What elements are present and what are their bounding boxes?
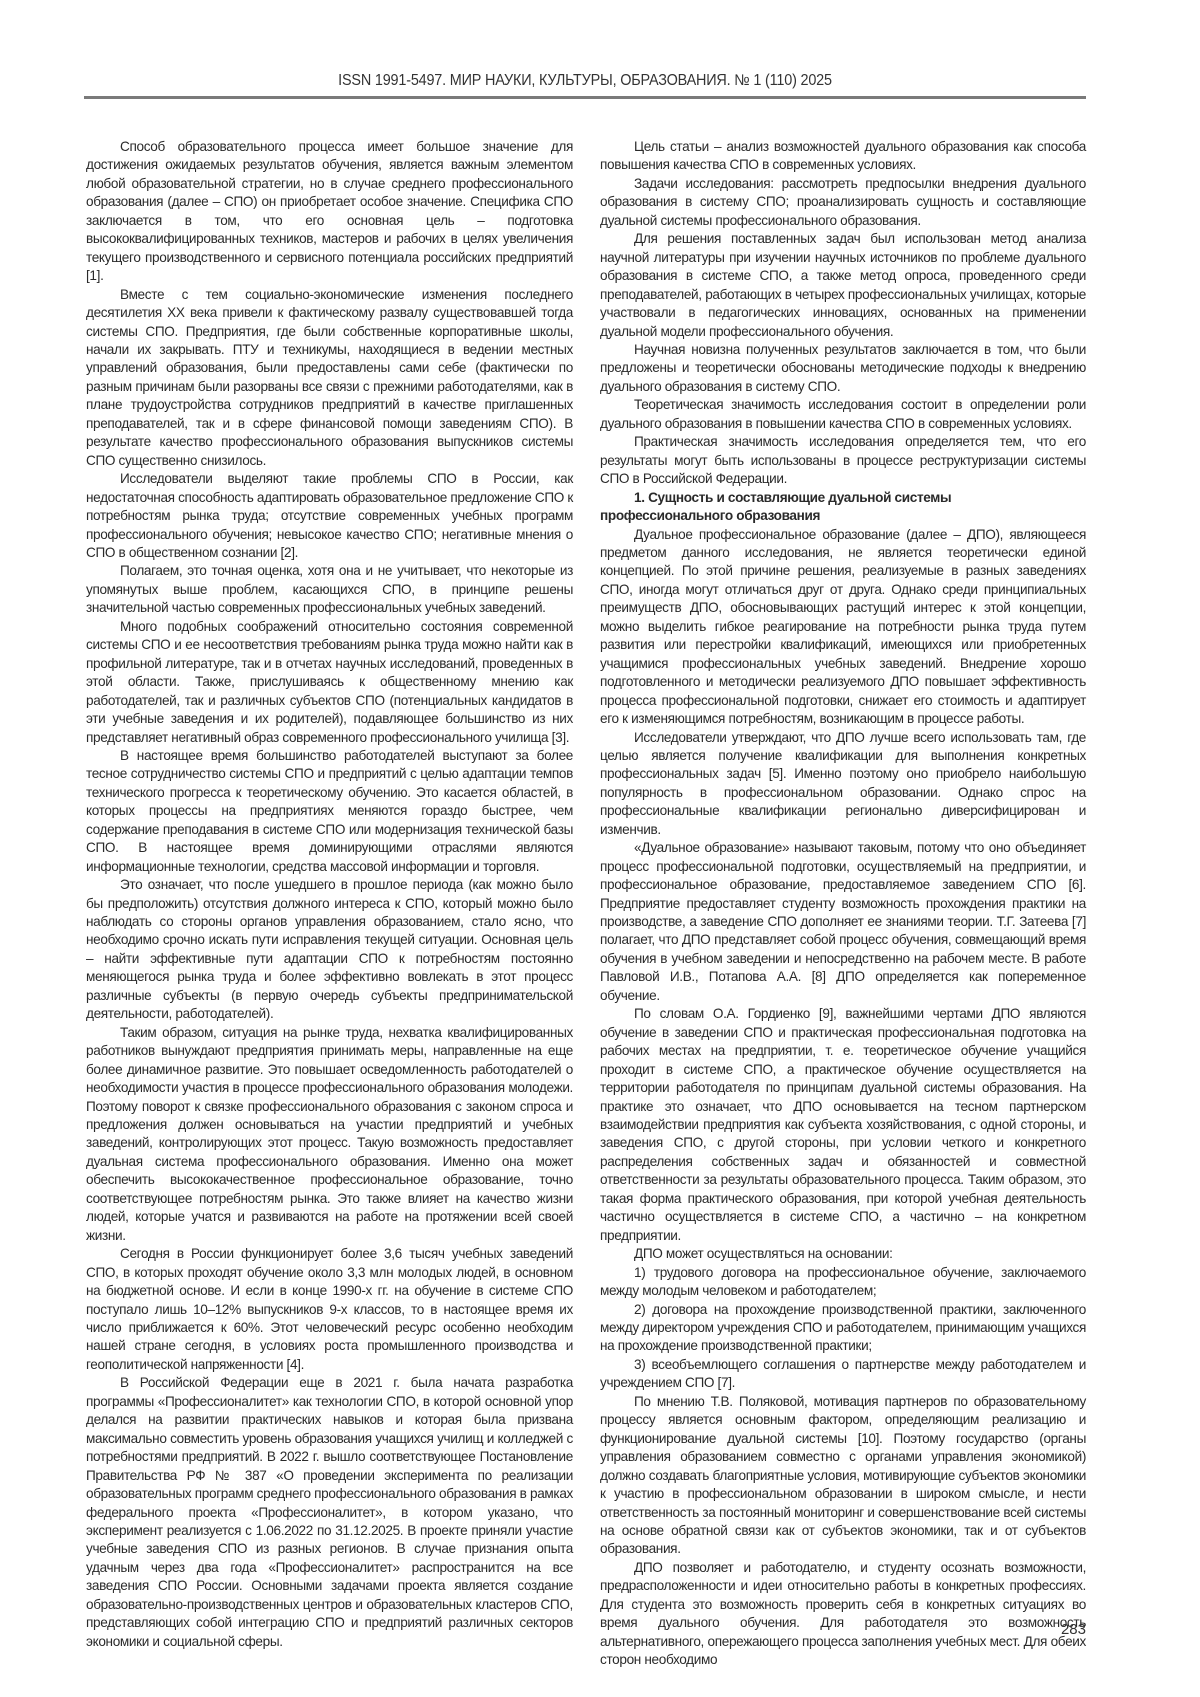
paragraph: В Российской Федерации еще в 2021 г. был… [86,1374,573,1651]
paragraph: Сегодня в России функционирует более 3,6… [86,1245,573,1374]
paragraph: Дуальное профессиональное образование (д… [600,526,1086,729]
header-rule [84,96,1086,99]
paragraph: В настоящее время большинство работодате… [86,747,573,876]
right-column: Цель статьи – анализ возможностей дуальн… [600,138,1086,1670]
list-item: 1) трудового договора на профессионально… [600,1264,1086,1301]
paragraph-aim: Цель статьи – анализ возможностей дуальн… [600,138,1086,175]
paragraph: Исследователи утверждают, что ДПО лучше … [600,729,1086,840]
paragraph: Полагаем, это точная оценка, хотя она и … [86,562,573,617]
paragraph: Способ образовательного процесса имеет б… [86,138,573,286]
list-item: 3) всеобъемлющего соглашения о партнерст… [600,1356,1086,1393]
paragraph: Таким образом, ситуация на рынке труда, … [86,1024,573,1245]
paragraph-theoretical-significance: Теоретическая значимость исследования со… [600,396,1086,433]
paragraph: «Дуальное образование» называют таковым,… [600,839,1086,1005]
paragraph: Это означает, что после ушедшего в прошл… [86,876,573,1024]
paragraph: Много подобных соображений относительно … [86,618,573,747]
section-heading: 1. Сущность и составляющие дуальной сист… [600,489,1086,526]
paragraph: Исследователи выделяют такие проблемы СП… [86,470,573,562]
list-item: 2) договора на прохождение производствен… [600,1301,1086,1356]
paragraph-practical-significance: Практическая значимость исследования опр… [600,433,1086,488]
paragraph: Вместе с тем социально-экономические изм… [86,286,573,471]
running-header: ISSN 1991-5497. МИР НАУКИ, КУЛЬТУРЫ, ОБР… [119,72,1051,90]
paragraph: ДПО позволяет и работодателю, и студенту… [600,1559,1086,1670]
list-intro: ДПО может осуществляться на основании: [600,1245,1086,1263]
paragraph-methods: Для решения поставленных задач был испол… [600,230,1086,341]
paragraph-tasks: Задачи исследования: рассмотреть предпос… [600,175,1086,230]
paragraph: По мнению Т.В. Поляковой, мотивация парт… [600,1393,1086,1559]
paragraph: По словам О.А. Гордиенко [9], важнейшими… [600,1005,1086,1245]
paragraph-novelty: Научная новизна полученных результатов з… [600,341,1086,396]
page-number: 283 [1040,1621,1086,1638]
left-column: Способ образовательного процесса имеет б… [86,138,573,1651]
